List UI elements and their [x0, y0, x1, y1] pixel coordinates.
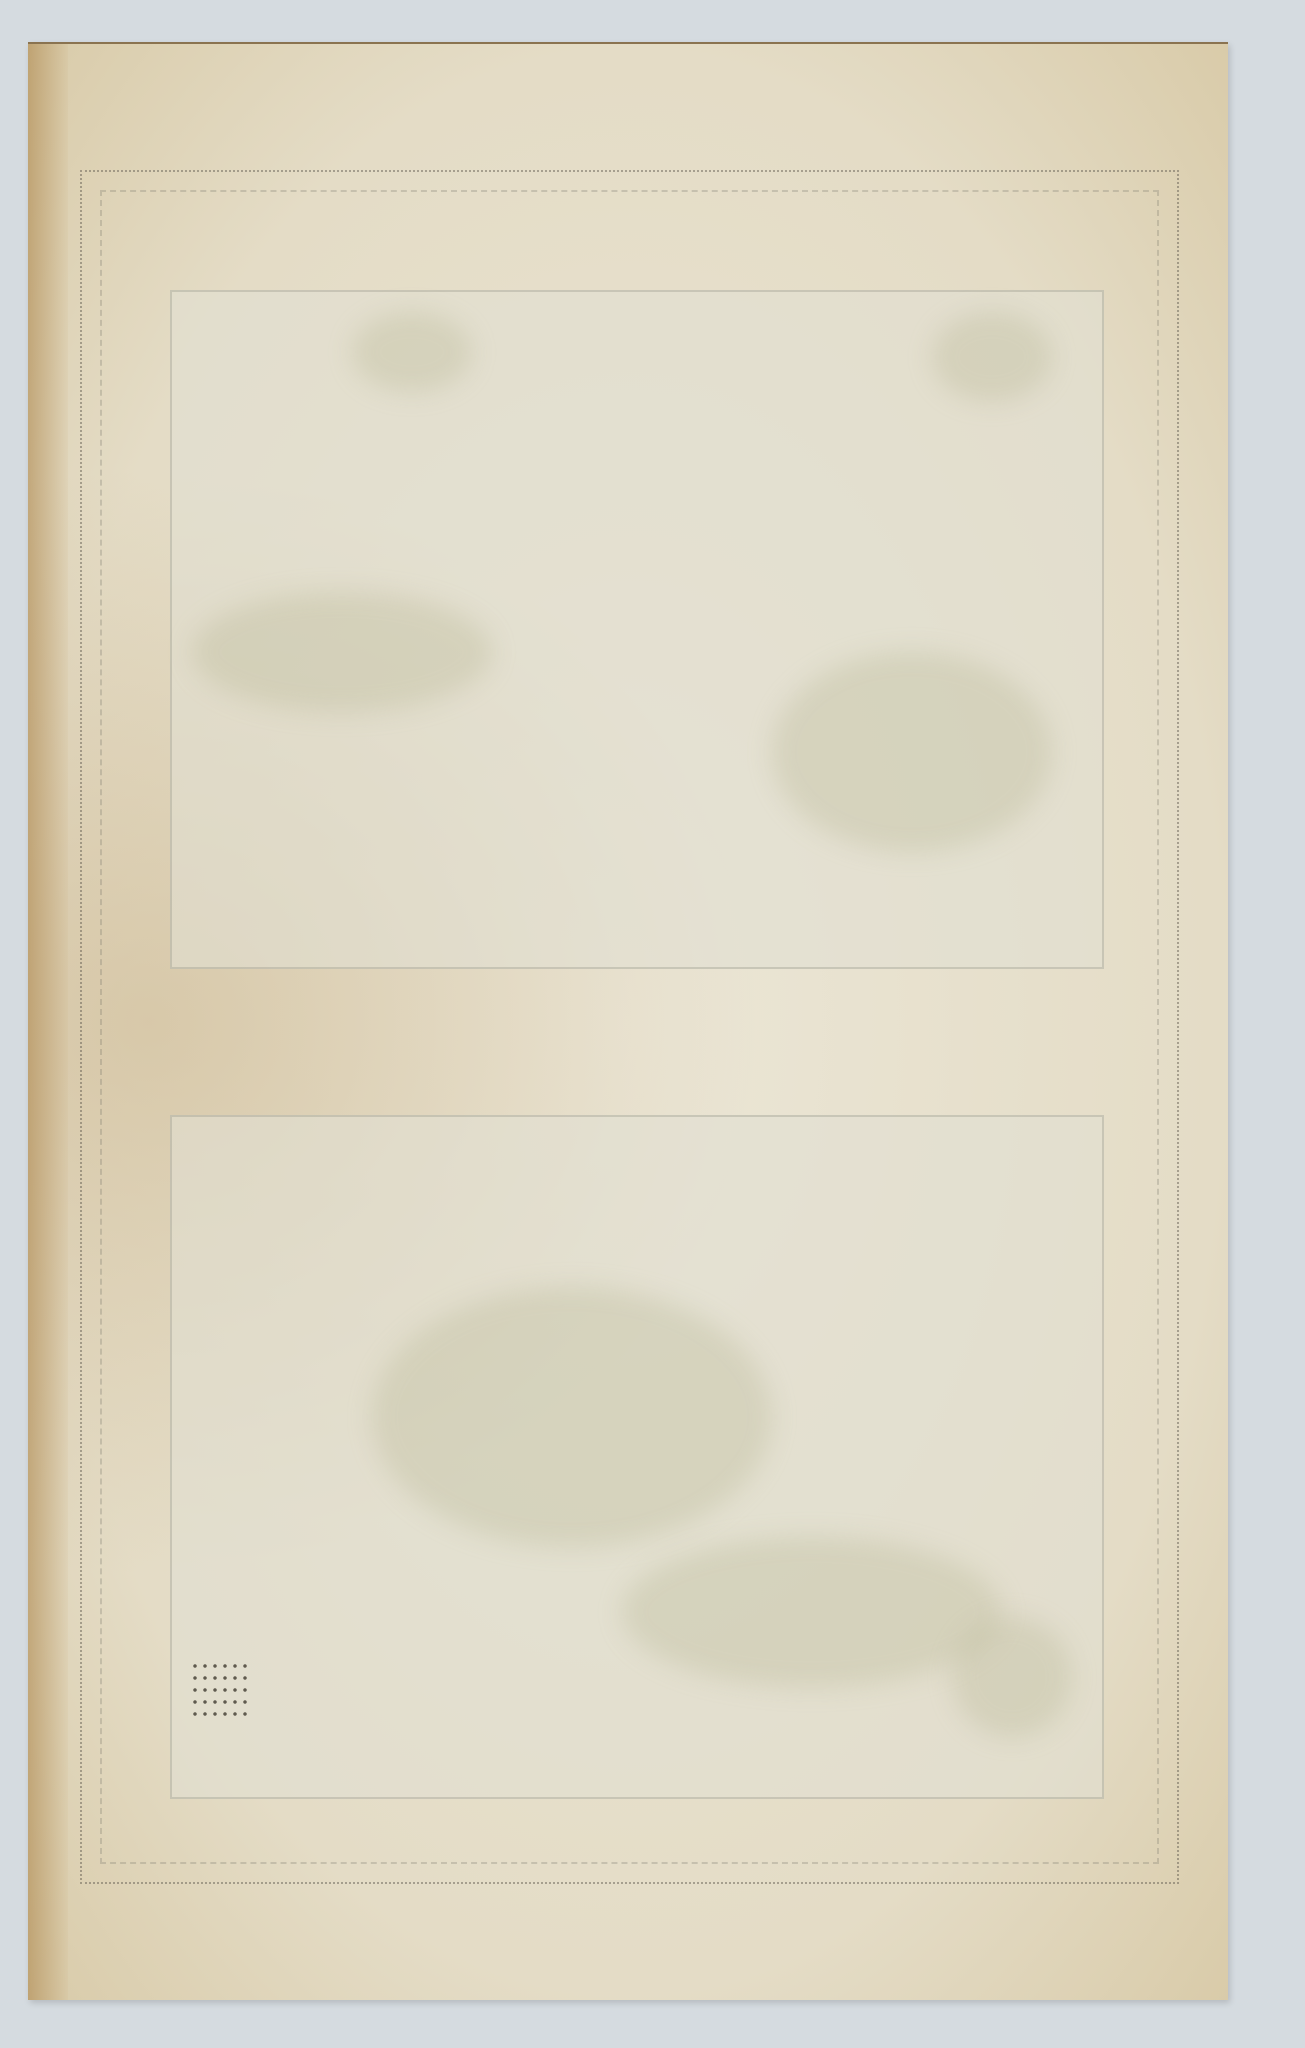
bleed-through-smudge — [772, 652, 1052, 852]
bleed-through-smudge — [352, 312, 472, 392]
bleed-through-smudge — [372, 1287, 772, 1547]
foxing-specks — [190, 1660, 250, 1720]
bleed-through-smudge — [952, 1617, 1072, 1737]
bleed-through-smudge — [622, 1537, 1002, 1687]
bleed-through-smudge — [932, 312, 1052, 402]
top-image-panel — [170, 290, 1104, 969]
stained-left-edge — [28, 44, 68, 2000]
bottom-image-panel — [170, 1115, 1104, 1799]
bleed-through-smudge — [192, 592, 492, 712]
